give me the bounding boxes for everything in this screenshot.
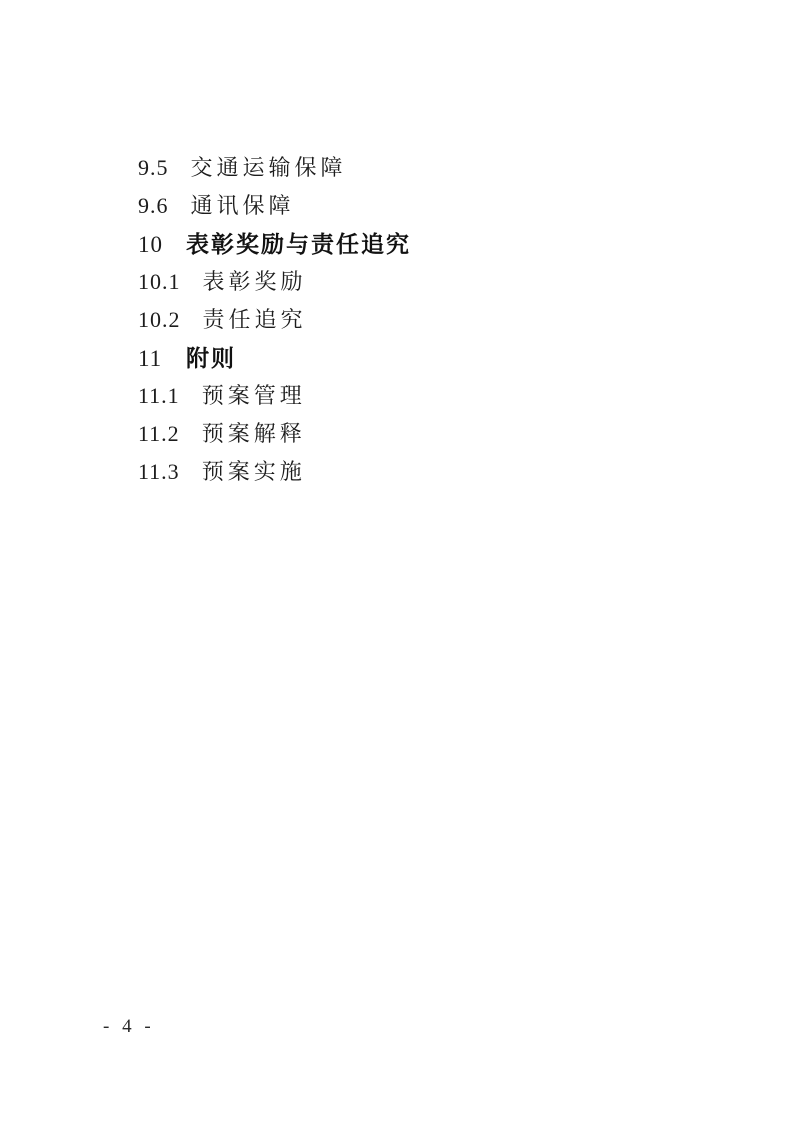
document-page: 9.5交通运输保障 9.6通讯保障 10表彰奖励与责任追究 10.1表彰奖励 1… — [0, 0, 793, 1122]
toc-item-title: 交通运输保障 — [191, 155, 347, 180]
toc-item-number: 10.2 — [138, 301, 181, 339]
toc-row-section-heading: 11附则 — [138, 339, 411, 377]
page-number-footer: - 4 - — [103, 1014, 155, 1040]
toc-item-number: 9.5 — [138, 149, 169, 187]
toc-item-title: 责任追究 — [203, 307, 307, 332]
toc-item-title: 表彰奖励 — [203, 269, 307, 294]
toc-row: 9.5交通运输保障 — [138, 149, 411, 187]
toc-item-number: 10 — [138, 226, 164, 264]
toc-row: 10.1表彰奖励 — [138, 263, 411, 301]
toc-row: 9.6通讯保障 — [138, 187, 411, 225]
toc-row: 11.1预案管理 — [138, 377, 411, 415]
toc-item-number: 11.1 — [138, 377, 180, 415]
toc-row: 11.2预案解释 — [138, 415, 411, 453]
toc-row-section-heading: 10表彰奖励与责任追究 — [138, 225, 411, 263]
toc-row: 10.2责任追究 — [138, 301, 411, 339]
toc-item-title: 预案实施 — [202, 459, 306, 484]
toc-item-title: 预案解释 — [202, 421, 306, 446]
toc-item-title: 通讯保障 — [191, 193, 295, 218]
toc-item-number: 11.3 — [138, 453, 180, 491]
toc-item-title: 附则 — [186, 345, 236, 371]
toc-item-number: 10.1 — [138, 263, 181, 301]
toc-item-title: 预案管理 — [202, 383, 306, 408]
toc-item-title: 表彰奖励与责任追究 — [186, 231, 411, 257]
toc-item-number: 11 — [138, 340, 164, 378]
toc-item-number: 11.2 — [138, 415, 180, 453]
toc-row: 11.3预案实施 — [138, 453, 411, 491]
toc-item-number: 9.6 — [138, 187, 169, 225]
table-of-contents: 9.5交通运输保障 9.6通讯保障 10表彰奖励与责任追究 10.1表彰奖励 1… — [138, 149, 411, 491]
